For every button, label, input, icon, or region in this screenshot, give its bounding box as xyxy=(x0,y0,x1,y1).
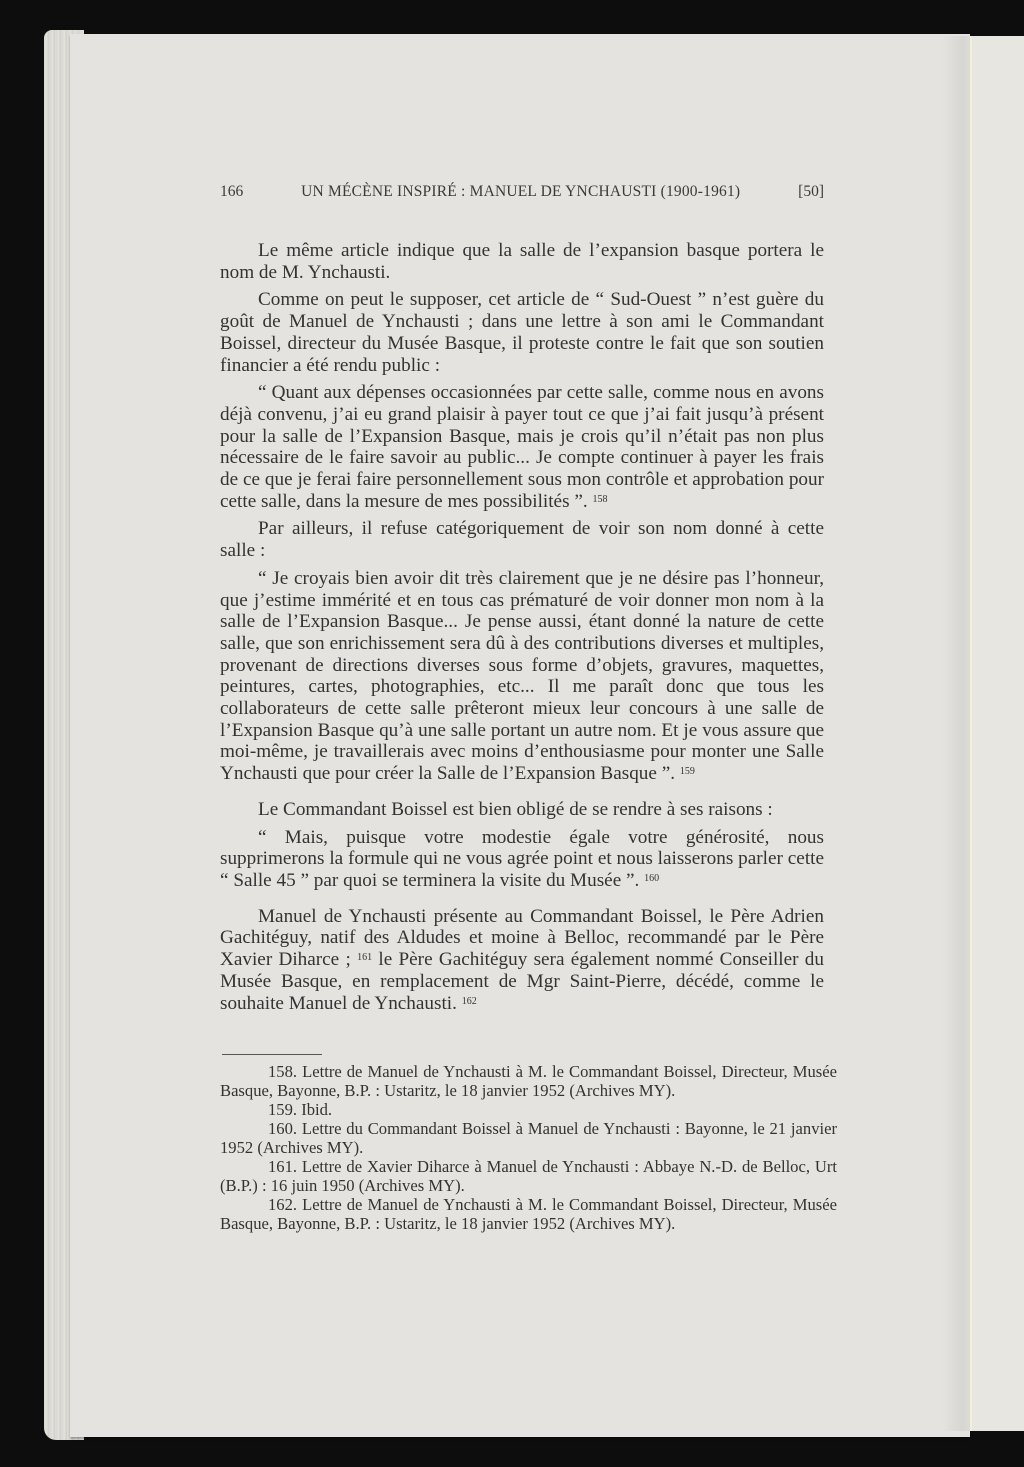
footnote-ref: 160 xyxy=(644,873,659,884)
page-gutter-shadow xyxy=(942,36,972,1431)
body-text: Le même article indique que la salle de … xyxy=(220,240,824,1014)
footnote: 161. Lettre de Xavier Diharce à Manuel d… xyxy=(220,1157,837,1195)
paragraph: Par ailleurs, il refuse catégoriquement … xyxy=(220,518,824,561)
paragraph: Manuel de Ynchausti présente au Commanda… xyxy=(220,906,824,1015)
quote-paragraph: “ Je croyais bien avoir dit très clairem… xyxy=(220,568,824,785)
footnote: 162. Lettre de Manuel de Ynchausti à M. … xyxy=(220,1195,837,1233)
section-marker: [50] xyxy=(798,183,824,201)
footnote-ref: 159 xyxy=(680,766,695,777)
running-title: UN MÉCÈNE INSPIRÉ : MANUEL DE YNCHAUSTI … xyxy=(301,183,740,201)
footnote-ref: 162 xyxy=(462,996,477,1007)
paragraph: Comme on peut le supposer, cet article d… xyxy=(220,289,824,376)
running-header: 166 UN MÉCÈNE INSPIRÉ : MANUEL DE YNCHAU… xyxy=(220,183,824,201)
footnote-separator xyxy=(222,1054,322,1055)
footnote-ref: 161 xyxy=(357,952,372,963)
footnote-ref: 158 xyxy=(592,494,607,505)
footnote: 158. Lettre de Manuel de Ynchausti à M. … xyxy=(220,1062,837,1100)
quote-paragraph: “ Mais, puisque votre modestie égale vot… xyxy=(220,827,824,892)
paragraph: Le même article indique que la salle de … xyxy=(220,240,824,283)
paragraph: Le Commandant Boissel est bien obligé de… xyxy=(220,799,824,821)
quote-paragraph: “ Quant aux dépenses occasionnées par ce… xyxy=(220,382,824,512)
footnotes: 158. Lettre de Manuel de Ynchausti à M. … xyxy=(220,1062,837,1233)
footnote: 160. Lettre du Commandant Boissel à Manu… xyxy=(220,1119,837,1157)
facing-page-edge xyxy=(970,36,1024,1431)
footnote: 159. Ibid. xyxy=(220,1100,837,1119)
page-number: 166 xyxy=(220,183,243,201)
